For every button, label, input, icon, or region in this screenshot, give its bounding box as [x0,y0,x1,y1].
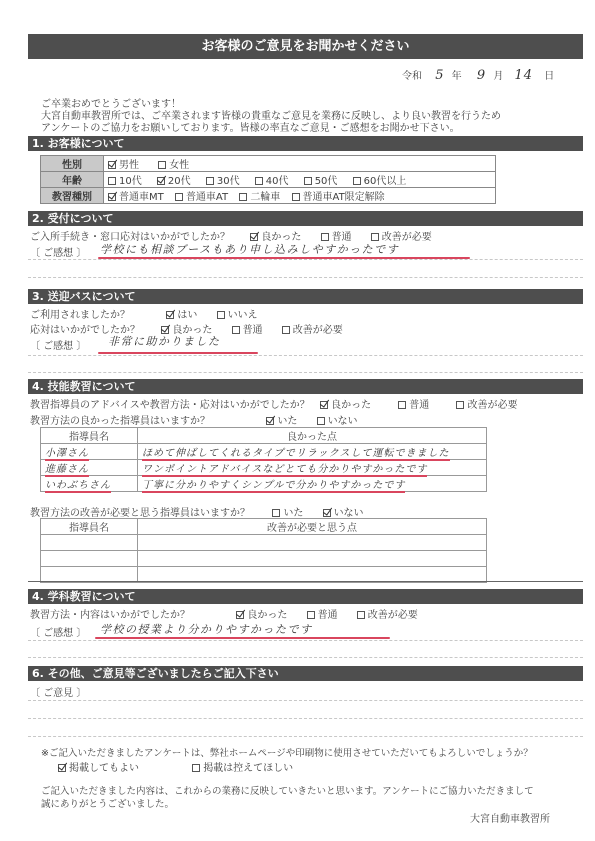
checkbox-empty-icon[interactable] [307,611,315,619]
section-classroom-header: 4. 学科教習について [28,589,583,604]
checkbox-empty-icon[interactable] [272,509,280,517]
bus-usage-line: ご利用されましたか？ はい いいえ [30,306,274,321]
checkbox-empty-icon[interactable] [217,311,225,319]
option-label: 掲載は控えてほしい [203,763,293,774]
date-era: 令和 [402,71,422,82]
classroom-improve-option[interactable]: 改善が必要 [357,606,418,621]
age-20s-option[interactable]: 20代 [157,172,191,187]
instructor-normal-option[interactable]: 普通 [398,396,429,411]
good-instructor-line: 教習方法の良かった指導員はいますか？ いた いない [30,412,374,427]
option-label: 60代以上 [364,176,407,187]
checkbox-checked-icon[interactable] [236,611,244,619]
course-label: 教習種別 [41,188,104,204]
instructor-name-cell[interactable] [41,551,138,567]
handwritten-text: 丁寧に分かりやすくシンプルで分かりやすかったです [142,480,405,493]
checkbox-empty-icon[interactable] [206,177,214,185]
comment-rule [28,736,583,737]
checkbox-empty-icon[interactable] [255,177,263,185]
classroom-normal-option[interactable]: 普通 [307,606,338,621]
checkbox-empty-icon[interactable] [232,326,240,334]
option-label: 良かった [247,610,287,621]
checkbox-checked-icon[interactable] [166,311,174,319]
classroom-comment[interactable]: 学校の授業より分かりやすかったです [100,621,313,637]
comment-rule [28,355,583,356]
section-driving-lessons-header: 4. 技能教習について [28,379,583,394]
checkbox-empty-icon[interactable] [239,193,247,201]
gender-male-option[interactable]: 男性 [108,156,139,171]
checkbox-empty-icon[interactable] [357,611,365,619]
comment-rule [28,259,583,260]
good-points-cell[interactable]: ワンポイントアドバイスなどとても分かりやすかったです [138,460,487,476]
checkbox-empty-icon[interactable] [398,401,406,409]
publish-decline-option[interactable]: 掲載は控えてほしい [192,759,293,774]
table-row [41,535,487,551]
checkbox-checked-icon[interactable] [250,233,258,241]
age-40s-option[interactable]: 40代 [255,172,289,187]
improve-instructor-table: 指導員名 改善が必要と思う点 [40,518,487,583]
reception-comment[interactable]: 学校にも相談ブースもあり申し込みしやすかったです [100,241,399,257]
classroom-comment-label: 〔 ご感想 〕 [30,624,86,639]
checkbox-empty-icon[interactable] [304,177,312,185]
bus-service-improve-option[interactable]: 改善が必要 [282,321,343,336]
instructor-good-option[interactable]: 良かった [320,396,371,411]
thanks-line-2: 誠にありがとうございました。 [41,796,174,810]
publish-options: 掲載してもよい 掲載は控えてほしい [58,759,309,774]
section-classroom-title: 4. 学科教習について [32,590,135,603]
good-instructor-yes-option[interactable]: いた [266,412,297,427]
publish-ok-option[interactable]: 掲載してもよい [58,759,139,774]
section-customer-title: 1. お客様について [32,137,124,150]
age-10s-option[interactable]: 10代 [108,172,142,187]
option-label: 普通 [243,325,263,336]
highlight-underline [98,352,258,354]
good-instructor-no-option[interactable]: いない [317,412,358,427]
classroom-good-option[interactable]: 良かった [236,606,287,621]
col-improvement-points: 改善が必要と思う点 [138,519,487,535]
checkbox-checked-icon[interactable] [58,764,66,772]
comment-rule [28,718,583,719]
course-row: 教習種別 普通車MT 普通車AT 二輪車 普通車AT限定解除 [41,188,496,204]
form-title-bar: お客様のご意見をお聞かせください [28,34,583,59]
intro-line-3: アンケートのご協力をお願いしております。皆様の率直なご意見・ご感想をお聞かせ下さ… [41,119,460,134]
option-label: 10代 [119,176,142,187]
age-50s-option[interactable]: 50代 [304,172,338,187]
bus-comment-label: 〔 ご感想 〕 [30,337,86,352]
handwritten-text: ワンポイントアドバイスなどとても分かりやすかったです [142,464,427,477]
section-other-comments-header: 6. その他、ご意見等ございましたらご記入下さい [28,666,583,681]
bus-usage-yes-option[interactable]: はい [166,306,197,321]
thanks-line-1: ご記入いただきました内容は、これからの業務に反映していきたいと思います。アンケー… [41,783,534,797]
option-label: はい [177,310,197,321]
comment-rule [28,700,583,701]
good-instructor-question: 教習方法の良かった指導員はいますか？ [30,416,210,427]
handwritten-text: 小澤さん [45,448,89,461]
gender-row: 性別 男性 女性 [41,156,496,172]
checkbox-empty-icon[interactable] [175,193,183,201]
option-label: 普通 [318,610,338,621]
date-month-value[interactable]: 9 [477,68,486,83]
section-divider [28,581,583,582]
table-header-row: 指導員名 良かった点 [41,428,487,444]
course-mt-option[interactable]: 普通車MT [108,188,164,203]
section-customer-header: 1. お客様について [28,136,583,151]
age-60plus-option[interactable]: 60代以上 [353,172,407,187]
instructor-name-cell[interactable]: 進藤さん [41,460,138,476]
instructor-name-cell[interactable] [41,535,138,551]
instructor-name-cell[interactable]: 小澤さん [41,444,138,460]
improve-instructor-yes-option[interactable]: いた [272,504,303,519]
course-motorcycle-option[interactable]: 二輪車 [239,188,280,203]
option-label: いない [328,416,358,427]
date-day-unit: 日 [544,71,554,82]
option-label: 50代 [315,176,338,187]
section-shuttle-bus-header: 3. 送迎バスについて [28,289,583,304]
option-label: 普通 [409,400,429,411]
option-label: 男性 [119,160,139,171]
table-row: 小澤さん ほめて伸ばしてくれるタイプでリラックスして運転できました [41,444,487,460]
option-label: 改善が必要 [293,325,343,336]
option-label: 女性 [169,160,189,171]
checkbox-empty-icon[interactable] [371,233,379,241]
gender-female-option[interactable]: 女性 [158,156,189,171]
date-line: 令和 5 年 9 月 14 日 [402,67,554,83]
comment-rule [28,372,583,373]
age-30s-option[interactable]: 30代 [206,172,240,187]
section-driving-lessons-title: 4. 技能教習について [32,380,135,393]
option-label: 30代 [217,176,240,187]
bus-usage-question: ご利用されましたか？ [30,310,130,321]
checkbox-checked-icon[interactable] [266,417,274,425]
instructor-name-cell[interactable]: いわぶちさん [41,476,138,492]
comment-rule [28,277,583,278]
section-other-comments-title: 6. その他、ご意見等ございましたらご記入下さい [32,667,279,680]
checkbox-checked-icon[interactable] [157,177,165,185]
checkbox-empty-icon[interactable] [282,326,290,334]
improvement-points-cell[interactable] [138,551,487,567]
course-at-limit-removal-option[interactable]: 普通車AT限定解除 [292,188,385,203]
option-label: 改善が必要 [467,400,517,411]
instructor-improve-option[interactable]: 改善が必要 [456,396,517,411]
improvement-points-cell[interactable] [138,535,487,551]
instructor-rating-question: 教習指導員のアドバイスや教習方法・応対はいかがでしたか？ [30,400,310,411]
checkbox-checked-icon[interactable] [320,401,328,409]
checkbox-checked-icon[interactable] [108,193,116,201]
age-options: 10代 20代 30代 40代 50代 60代以上 [104,172,496,188]
improve-instructor-line: 教習方法の改善が必要と思う指導員はいますか？ いた いない [30,504,380,519]
option-label: 掲載してもよい [69,763,139,774]
classroom-question: 教習方法・内容はいかがでしたか？ [30,610,190,621]
highlight-underline [95,637,390,639]
good-points-cell[interactable]: ほめて伸ばしてくれるタイプでリラックスして運転できました [138,444,487,460]
other-comment-label: 〔 ご意見 〕 [30,684,86,699]
customer-info-table: 性別 男性 女性 年齢 10代 20代 30代 40代 50代 60代以上 教習… [40,155,496,204]
section-shuttle-bus-title: 3. 送迎バスについて [32,290,135,303]
checkbox-checked-icon[interactable] [323,509,331,517]
date-year-value[interactable]: 5 [435,68,444,83]
comment-rule [28,657,583,658]
classroom-question-line: 教習方法・内容はいかがでしたか？ 良かった 普通 改善が必要 [30,606,434,621]
option-label: いた [277,416,297,427]
handwritten-text: ほめて伸ばしてくれるタイプでリラックスして運転できました [142,448,450,461]
option-label: 良かった [331,400,371,411]
option-label: いいえ [228,310,258,321]
checkbox-empty-icon[interactable] [192,764,200,772]
table-row: 進藤さん ワンポイントアドバイスなどとても分かりやすかったです [41,460,487,476]
form-title: お客様のご意見をお聞かせください [201,39,409,54]
checkbox-empty-icon[interactable] [317,417,325,425]
bus-usage-no-option[interactable]: いいえ [217,306,258,321]
checkbox-empty-icon[interactable] [108,177,116,185]
date-day-value[interactable]: 14 [515,68,534,83]
instructor-rating-line: 教習指導員のアドバイスや教習方法・応対はいかがでしたか？ 良かった 普通 改善が… [30,396,533,411]
col-good-points: 良かった点 [138,428,487,444]
school-signature: 大宮自動車教習所 [470,810,550,825]
table-header-row: 指導員名 改善が必要と思う点 [41,519,487,535]
handwritten-text: いわぶちさん [45,480,111,493]
col-instructor-name: 指導員名 [41,519,138,535]
date-year-unit: 年 [452,71,462,82]
date-month-unit: 月 [493,71,503,82]
checkbox-empty-icon[interactable] [292,193,300,201]
option-label: 普通車MT [119,192,164,203]
section-reception-header: 2. 受付について [28,211,583,226]
option-label: 20代 [168,176,191,187]
improve-instructor-no-option[interactable]: いない [323,504,364,519]
checkbox-empty-icon[interactable] [353,177,361,185]
publish-question: ※ご記入いただきましたアンケートは、弊社ホームページや印刷物に使用させていただい… [41,745,533,759]
handwritten-text: 進藤さん [45,464,89,477]
course-at-option[interactable]: 普通車AT [175,188,228,203]
table-row [41,551,487,567]
col-instructor-name: 指導員名 [41,428,138,444]
bus-comment[interactable]: 非常に助かりました [108,333,221,349]
gender-options: 男性 女性 [104,156,496,172]
checkbox-empty-icon[interactable] [158,161,166,169]
age-row: 年齢 10代 20代 30代 40代 50代 60代以上 [41,172,496,188]
good-points-cell[interactable]: 丁寧に分かりやすくシンプルで分かりやすかったです [138,476,487,492]
bus-service-normal-option[interactable]: 普通 [232,321,263,336]
option-label: 普通車AT [186,192,228,203]
course-options: 普通車MT 普通車AT 二輪車 普通車AT限定解除 [104,188,496,204]
age-label: 年齢 [41,172,104,188]
option-label: 40代 [266,176,289,187]
option-label: 改善が必要 [368,610,418,621]
checkbox-checked-icon[interactable] [108,161,116,169]
section-reception-title: 2. 受付について [32,212,113,225]
good-instructor-table: 指導員名 良かった点 小澤さん ほめて伸ばしてくれるタイプでリラックスして運転で… [40,427,487,492]
checkbox-empty-icon[interactable] [321,233,329,241]
reception-comment-label: 〔 ご感想 〕 [30,244,86,259]
gender-label: 性別 [41,156,104,172]
option-label: 二輪車 [250,192,280,203]
option-label: 普通車AT限定解除 [303,192,385,203]
comment-rule [28,640,583,641]
table-row: いわぶちさん 丁寧に分かりやすくシンプルで分かりやすかったです [41,476,487,492]
checkbox-empty-icon[interactable] [456,401,464,409]
